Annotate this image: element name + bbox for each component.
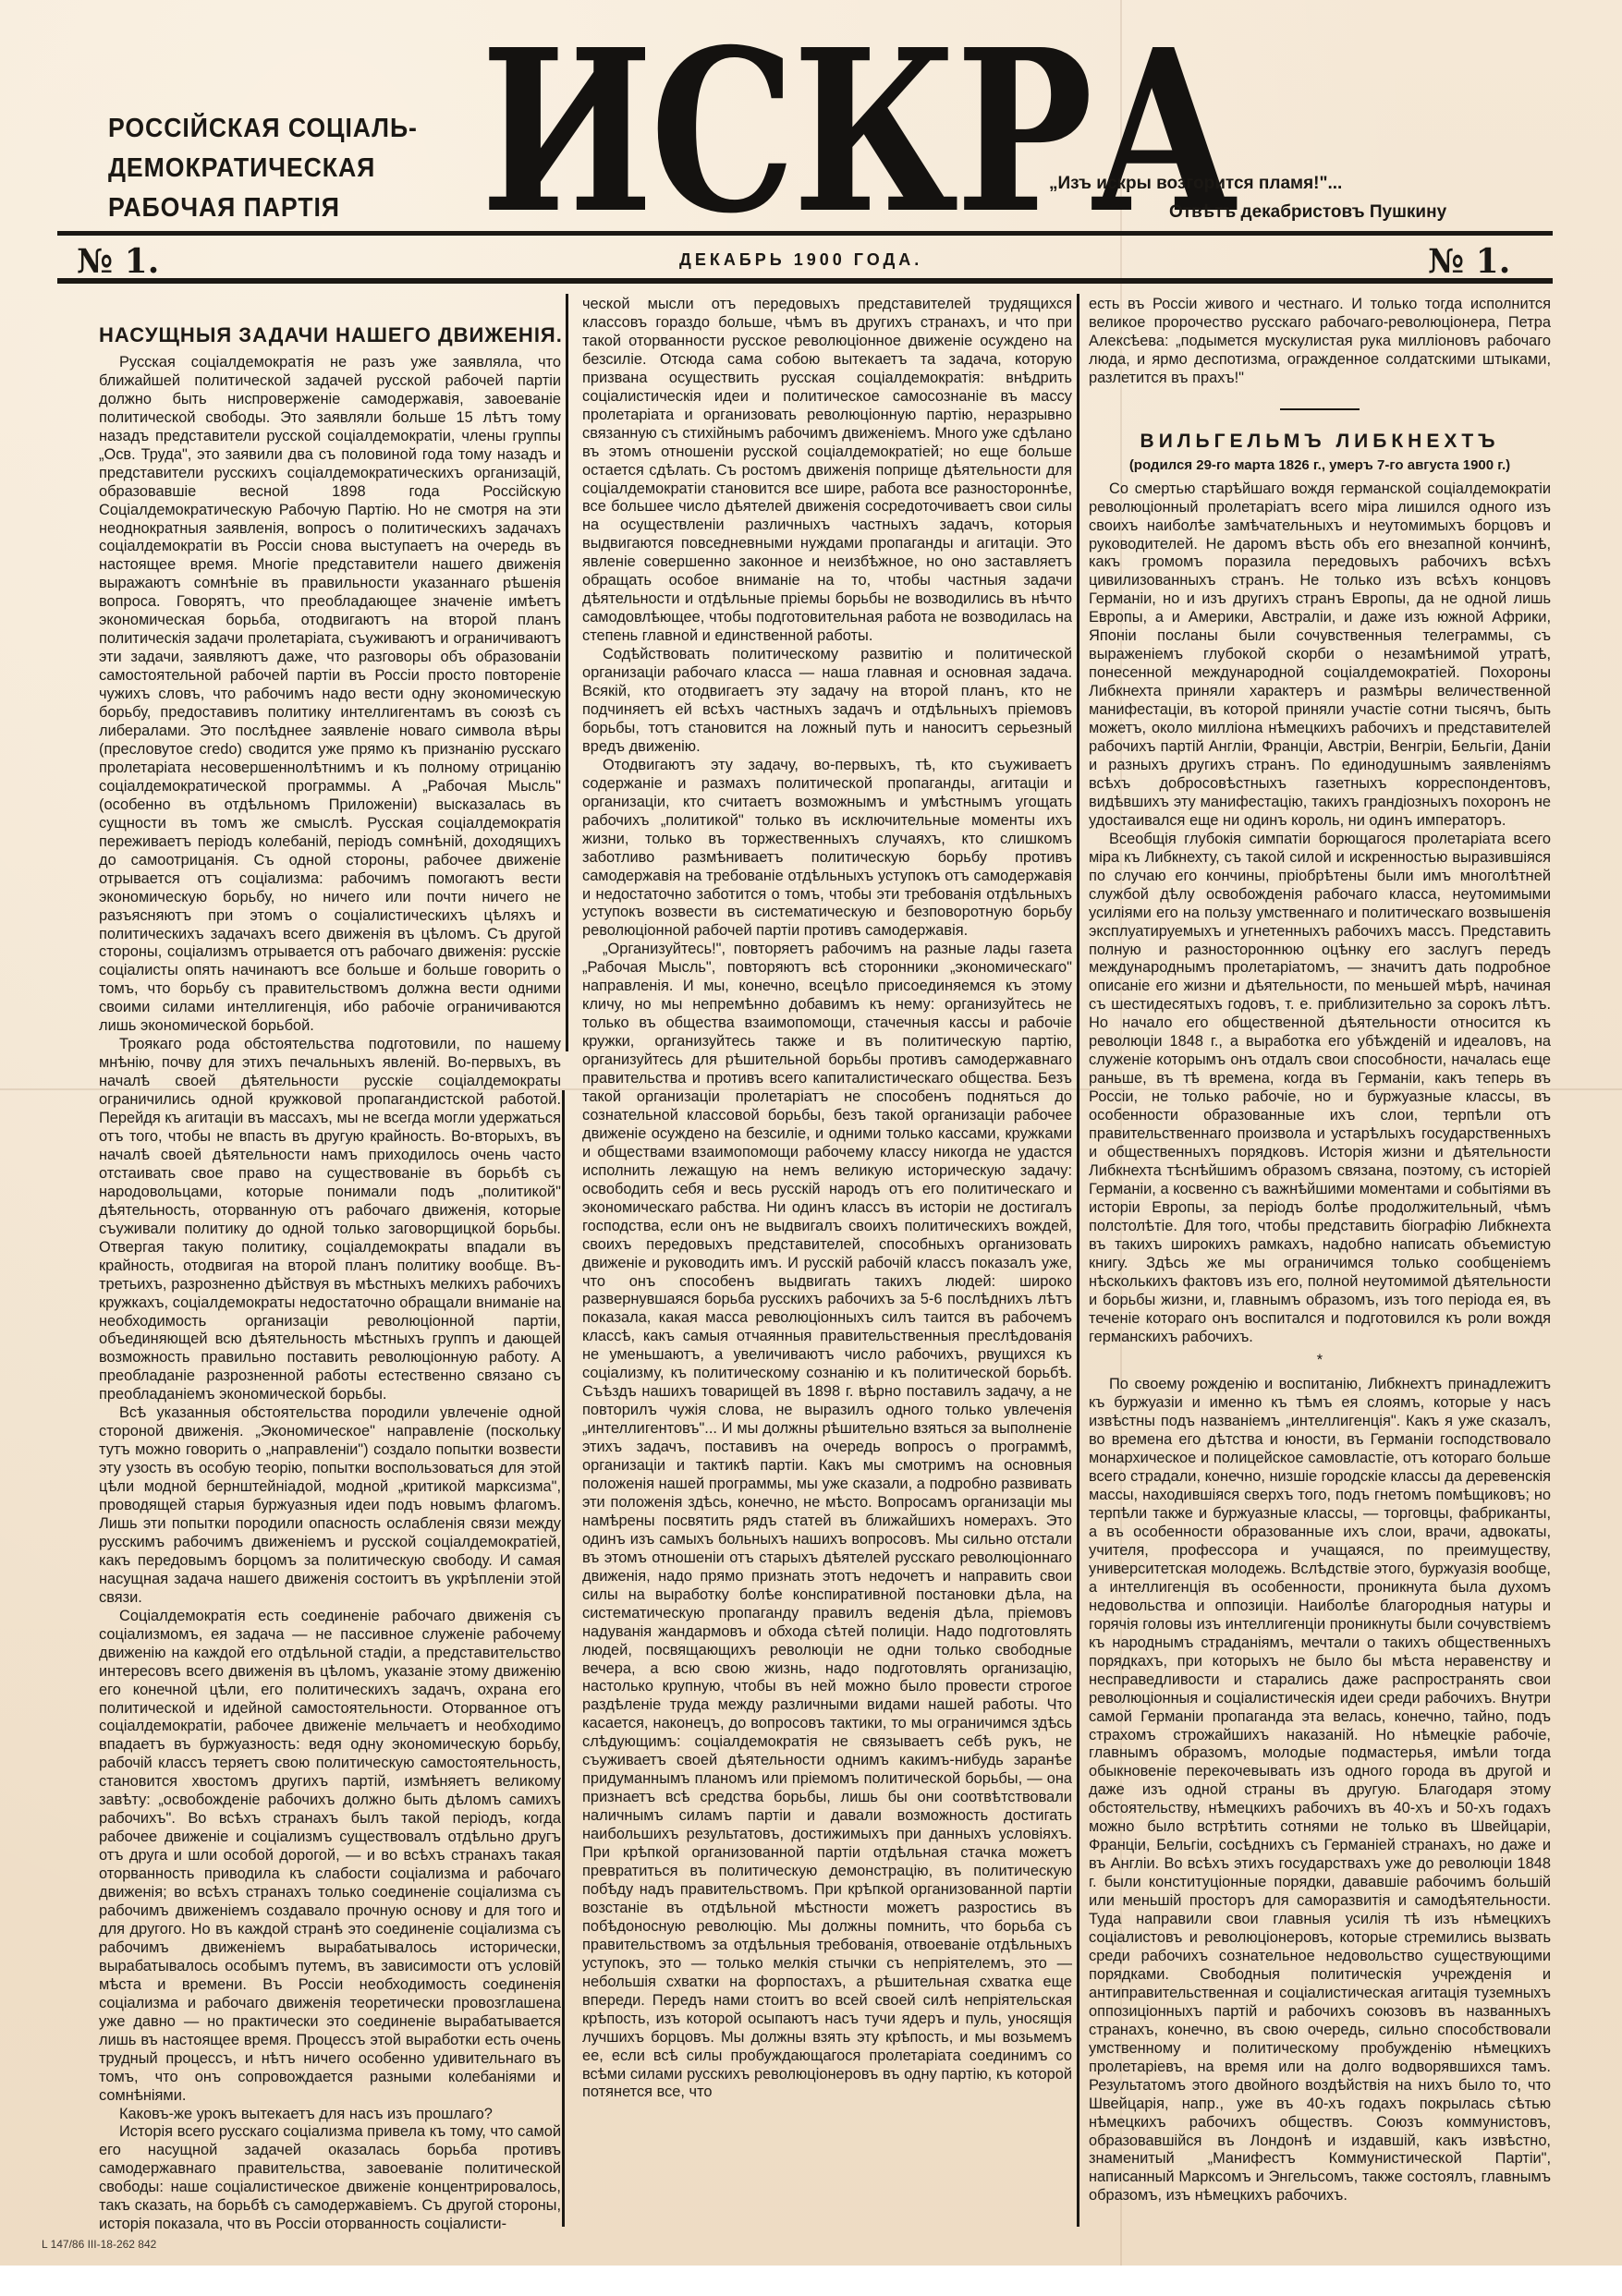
party-line-1: РОССІЙСКАЯ СОЦІАЛЬ- [108, 109, 414, 149]
issue-number-left: № 1. [77, 242, 159, 281]
epigraph-attribution: Отвѣтъ декабристовъ Пушкину [1031, 198, 1548, 226]
article-paragraph: Исторія всего русскаго соціализма привел… [99, 2123, 561, 2234]
article-paragraph: Всѣ указанныя обстоятельства породили ув… [99, 1404, 561, 1607]
section-separator [1280, 408, 1360, 410]
obituary-title: ВИЛЬГЕЛЬМЪ ЛИБКНЕХТЪ [1089, 432, 1551, 451]
party-line-3: РАБОЧАЯ ПАРТІЯ [108, 188, 414, 228]
masthead-rule-bottom [57, 278, 1553, 284]
epigraph-quote: „Изъ искры возгорится пламя!"... [1031, 169, 1548, 198]
print-code: L 147/86 III-18-262 842 [42, 2238, 156, 2251]
article-paragraph: Содѣйствовать политическому развитію и п… [582, 646, 1072, 757]
article-paragraph: ческой мысли отъ передовыхъ представител… [582, 296, 1072, 646]
obituary-paragraph: Всеобщія глубокія симпатіи борющагося пр… [1089, 831, 1551, 1347]
section-mark: * [1089, 1352, 1551, 1370]
scan-margin [0, 2266, 1622, 2296]
masthead-rule-top [57, 231, 1553, 236]
column-divider-1 [566, 294, 568, 1051]
column-1: НАСУЩНЫЯ ЗАДАЧИ НАШЕГО ДВИЖЕНІЯ. Русская… [99, 326, 561, 2234]
obituary-dates: (родился 29-го марта 1826 г., умеръ 7-го… [1089, 456, 1551, 475]
newspaper-page: РОССІЙСКАЯ СОЦІАЛЬ- ДЕМОКРАТИЧЕСКАЯ РАБО… [0, 0, 1622, 2296]
column-divider-1-lower [562, 1090, 565, 2227]
column-divider-2 [1077, 294, 1079, 2227]
obituary-paragraph: Со смертью старѣйшаго вождя германской с… [1089, 480, 1551, 831]
epigraph: „Изъ искры возгорится пламя!"... Отвѣтъ … [1031, 169, 1548, 226]
obituary-paragraph: По своему рожденію и воспитанію, Либкнех… [1089, 1376, 1551, 2205]
party-line-2: ДЕМОКРАТИЧЕСКАЯ [108, 149, 414, 188]
column-3: есть въ Россіи живого и честнаго. И толь… [1089, 296, 1551, 2205]
newspaper-title: ИСКРА [481, 35, 1053, 239]
article-paragraph: Троякаго рода обстоятельства подготовили… [99, 1036, 561, 1404]
article-headline: НАСУЩНЫЯ ЗАДАЧИ НАШЕГО ДВИЖЕНІЯ. [99, 326, 561, 345]
article-paragraph: Соціалдемократія есть соединеніе рабочаг… [99, 1608, 561, 2106]
party-name: РОССІЙСКАЯ СОЦІАЛЬ- ДЕМОКРАТИЧЕСКАЯ РАБО… [108, 109, 414, 228]
article-paragraph: Русская соціалдемократія не разъ уже зая… [99, 354, 561, 1036]
column-2: ческой мысли отъ передовыхъ представител… [582, 296, 1072, 2102]
issue-date: ДЕКАБРЬ 1900 ГОДА. [679, 250, 922, 270]
article-paragraph: Отодвигаютъ эту задачу, во-первыхъ, тѣ, … [582, 757, 1072, 941]
article-paragraph: Каковъ-же урокъ вытекаетъ для насъ изъ п… [99, 2106, 561, 2124]
article-paragraph: „Организуйтесь!", повторяетъ рабочимъ на… [582, 941, 1072, 2102]
article-paragraph: есть въ Россіи живого и честнаго. И толь… [1089, 296, 1551, 388]
issue-number-right: № 1. [1428, 242, 1510, 281]
